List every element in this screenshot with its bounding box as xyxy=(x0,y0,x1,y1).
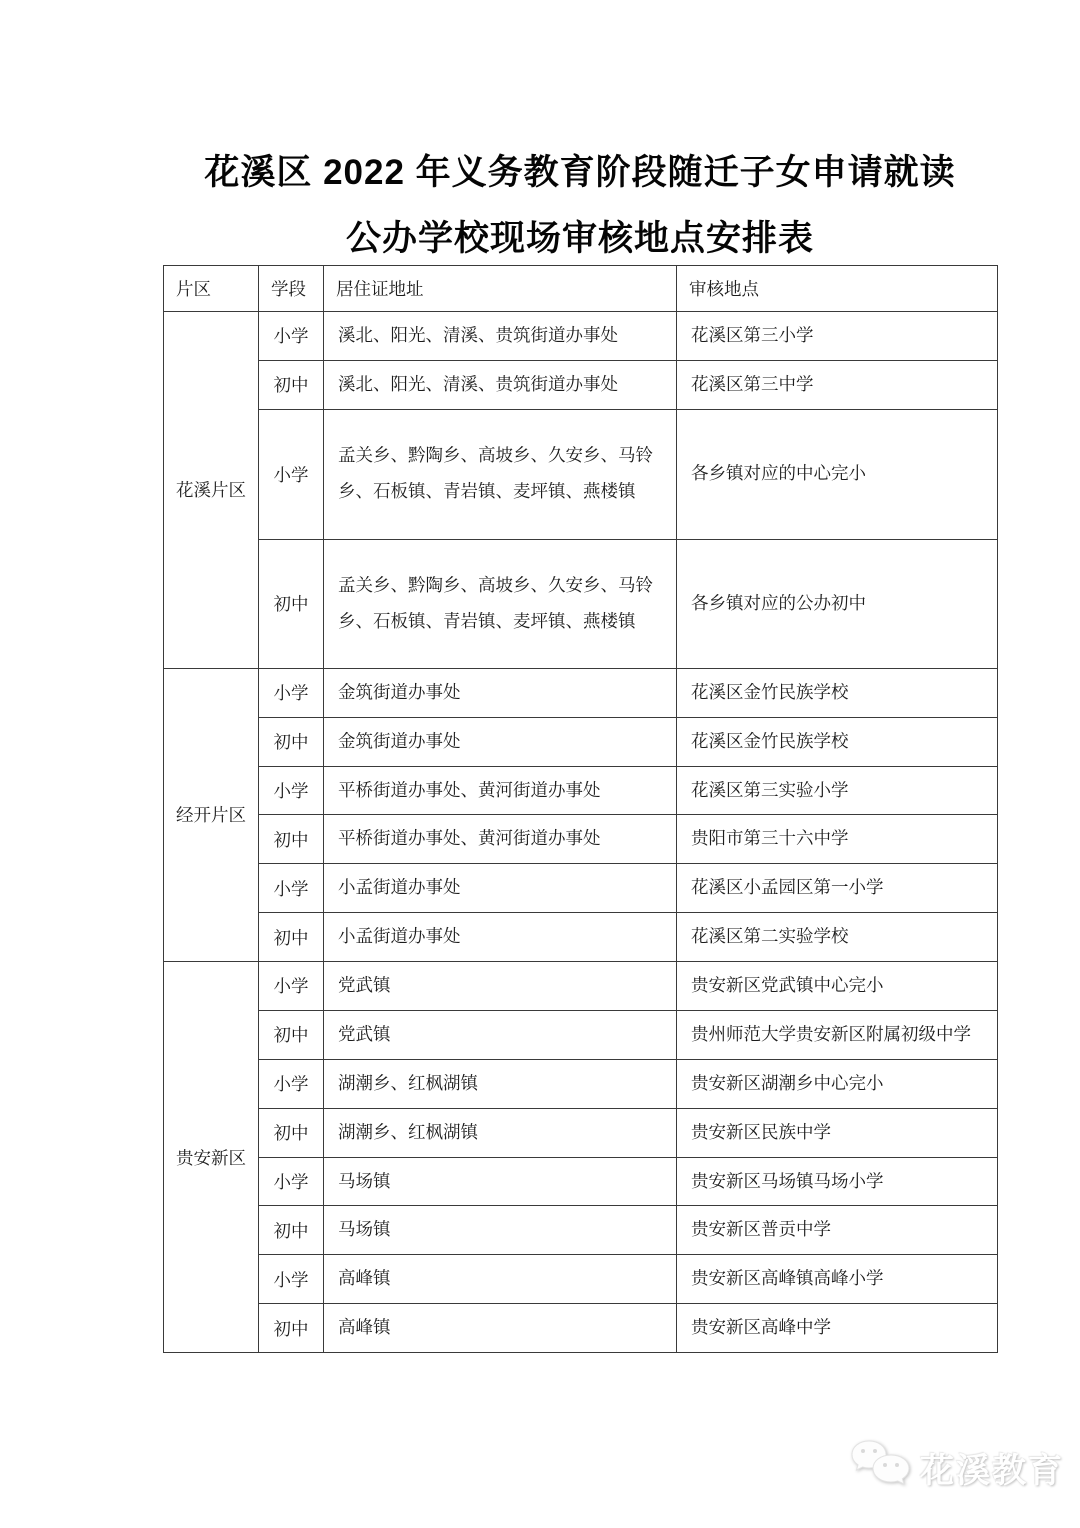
stage-cell: 初中 xyxy=(259,1108,324,1157)
stage-cell: 初中 xyxy=(259,717,324,766)
table-row: 初中 马场镇 贵安新区普贡中学 xyxy=(164,1206,998,1255)
location-cell: 贵安新区马场镇马场小学 xyxy=(677,1157,998,1206)
header-address: 居住证地址 xyxy=(324,266,677,312)
table-row: 经开片区 小学 金筑街道办事处 花溪区金竹民族学校 xyxy=(164,668,998,717)
address-cell: 孟关乡、黔陶乡、高坡乡、久安乡、马铃乡、石板镇、青岩镇、麦坪镇、燕楼镇 xyxy=(324,539,677,668)
address-cell: 溪北、阳光、清溪、贵筑街道办事处 xyxy=(324,312,677,361)
location-cell: 花溪区金竹民族学校 xyxy=(677,668,998,717)
address-cell: 金筑街道办事处 xyxy=(324,717,677,766)
table-row: 小学 湖潮乡、红枫湖镇 贵安新区湖潮乡中心完小 xyxy=(164,1059,998,1108)
stage-cell: 小学 xyxy=(259,409,324,539)
address-cell: 党武镇 xyxy=(324,962,677,1011)
district-cell: 经开片区 xyxy=(164,668,259,961)
location-cell: 贵安新区高峰中学 xyxy=(677,1304,998,1353)
table-row: 花溪片区 小学 溪北、阳光、清溪、贵筑街道办事处 花溪区第三小学 xyxy=(164,312,998,361)
district-cell: 花溪片区 xyxy=(164,312,259,669)
address-cell: 湖潮乡、红枫湖镇 xyxy=(324,1108,677,1157)
location-cell: 贵州师范大学贵安新区附属初级中学 xyxy=(677,1010,998,1059)
stage-cell: 小学 xyxy=(259,1059,324,1108)
location-cell: 花溪区金竹民族学校 xyxy=(677,717,998,766)
stage-cell: 小学 xyxy=(259,766,324,815)
table-row: 初中 孟关乡、黔陶乡、高坡乡、久安乡、马铃乡、石板镇、青岩镇、麦坪镇、燕楼镇 各… xyxy=(164,539,998,668)
location-cell: 贵安新区普贡中学 xyxy=(677,1206,998,1255)
stage-cell: 初中 xyxy=(259,815,324,864)
table-row: 小学 孟关乡、黔陶乡、高坡乡、久安乡、马铃乡、石板镇、青岩镇、麦坪镇、燕楼镇 各… xyxy=(164,409,998,539)
address-cell: 孟关乡、黔陶乡、高坡乡、久安乡、马铃乡、石板镇、青岩镇、麦坪镇、燕楼镇 xyxy=(324,409,677,539)
address-cell: 小孟街道办事处 xyxy=(324,913,677,962)
table-row: 贵安新区 小学 党武镇 贵安新区党武镇中心完小 xyxy=(164,962,998,1011)
stage-cell: 小学 xyxy=(259,668,324,717)
header-location: 审核地点 xyxy=(677,266,998,312)
table-row: 初中 溪北、阳光、清溪、贵筑街道办事处 花溪区第三中学 xyxy=(164,360,998,409)
page-title-line1: 花溪区 2022 年义务教育阶段随迁子女申请就读 xyxy=(163,140,997,206)
stage-cell: 小学 xyxy=(259,864,324,913)
location-cell: 各乡镇对应的中心完小 xyxy=(677,409,998,539)
stage-cell: 小学 xyxy=(259,1255,324,1304)
location-cell: 花溪区第三中学 xyxy=(677,360,998,409)
stage-cell: 初中 xyxy=(259,1304,324,1353)
address-cell: 湖潮乡、红枫湖镇 xyxy=(324,1059,677,1108)
table-row: 初中 高峰镇 贵安新区高峰中学 xyxy=(164,1304,998,1353)
location-cell: 贵安新区湖潮乡中心完小 xyxy=(677,1059,998,1108)
location-cell: 花溪区第三实验小学 xyxy=(677,766,998,815)
location-cell: 贵安新区党武镇中心完小 xyxy=(677,962,998,1011)
address-cell: 党武镇 xyxy=(324,1010,677,1059)
table-row: 小学 高峰镇 贵安新区高峰镇高峰小学 xyxy=(164,1255,998,1304)
wechat-icon xyxy=(848,1438,914,1497)
table-row: 小学 马场镇 贵安新区马场镇马场小学 xyxy=(164,1157,998,1206)
location-cell: 花溪区第三小学 xyxy=(677,312,998,361)
table-row: 初中 党武镇 贵州师范大学贵安新区附属初级中学 xyxy=(164,1010,998,1059)
address-cell: 平桥街道办事处、黄河街道办事处 xyxy=(324,766,677,815)
watermark: 花溪教育 xyxy=(848,1438,1064,1497)
location-cell: 贵安新区民族中学 xyxy=(677,1108,998,1157)
location-cell: 贵阳市第三十六中学 xyxy=(677,815,998,864)
table-row: 初中 平桥街道办事处、黄河街道办事处 贵阳市第三十六中学 xyxy=(164,815,998,864)
header-stage: 学段 xyxy=(259,266,324,312)
address-cell: 溪北、阳光、清溪、贵筑街道办事处 xyxy=(324,360,677,409)
stage-cell: 小学 xyxy=(259,1157,324,1206)
address-cell: 小孟街道办事处 xyxy=(324,864,677,913)
address-cell: 马场镇 xyxy=(324,1157,677,1206)
stage-cell: 初中 xyxy=(259,360,324,409)
location-cell: 花溪区第二实验学校 xyxy=(677,913,998,962)
table-header-row: 片区 学段 居住证地址 审核地点 xyxy=(164,266,998,312)
stage-cell: 初中 xyxy=(259,539,324,668)
table-row: 小学 平桥街道办事处、黄河街道办事处 花溪区第三实验小学 xyxy=(164,766,998,815)
page-title-line2: 公办学校现场审核地点安排表 xyxy=(163,206,997,272)
location-cell: 贵安新区高峰镇高峰小学 xyxy=(677,1255,998,1304)
location-cell: 花溪区小孟园区第一小学 xyxy=(677,864,998,913)
stage-cell: 小学 xyxy=(259,312,324,361)
header-district: 片区 xyxy=(164,266,259,312)
table-row: 小学 小孟街道办事处 花溪区小孟园区第一小学 xyxy=(164,864,998,913)
watermark-label: 花溪教育 xyxy=(920,1443,1064,1492)
review-location-table: 片区 学段 居住证地址 审核地点 花溪片区 小学 溪北、阳光、清溪、贵筑街道办事… xyxy=(163,265,998,1353)
stage-cell: 小学 xyxy=(259,962,324,1011)
stage-cell: 初中 xyxy=(259,913,324,962)
page-title: 花溪区 2022 年义务教育阶段随迁子女申请就读 公办学校现场审核地点安排表 xyxy=(163,140,997,272)
stage-cell: 初中 xyxy=(259,1010,324,1059)
address-cell: 马场镇 xyxy=(324,1206,677,1255)
stage-cell: 初中 xyxy=(259,1206,324,1255)
table-row: 初中 金筑街道办事处 花溪区金竹民族学校 xyxy=(164,717,998,766)
district-cell: 贵安新区 xyxy=(164,962,259,1353)
table-row: 初中 湖潮乡、红枫湖镇 贵安新区民族中学 xyxy=(164,1108,998,1157)
address-cell: 高峰镇 xyxy=(324,1304,677,1353)
address-cell: 平桥街道办事处、黄河街道办事处 xyxy=(324,815,677,864)
location-cell: 各乡镇对应的公办初中 xyxy=(677,539,998,668)
address-cell: 金筑街道办事处 xyxy=(324,668,677,717)
address-cell: 高峰镇 xyxy=(324,1255,677,1304)
table-row: 初中 小孟街道办事处 花溪区第二实验学校 xyxy=(164,913,998,962)
